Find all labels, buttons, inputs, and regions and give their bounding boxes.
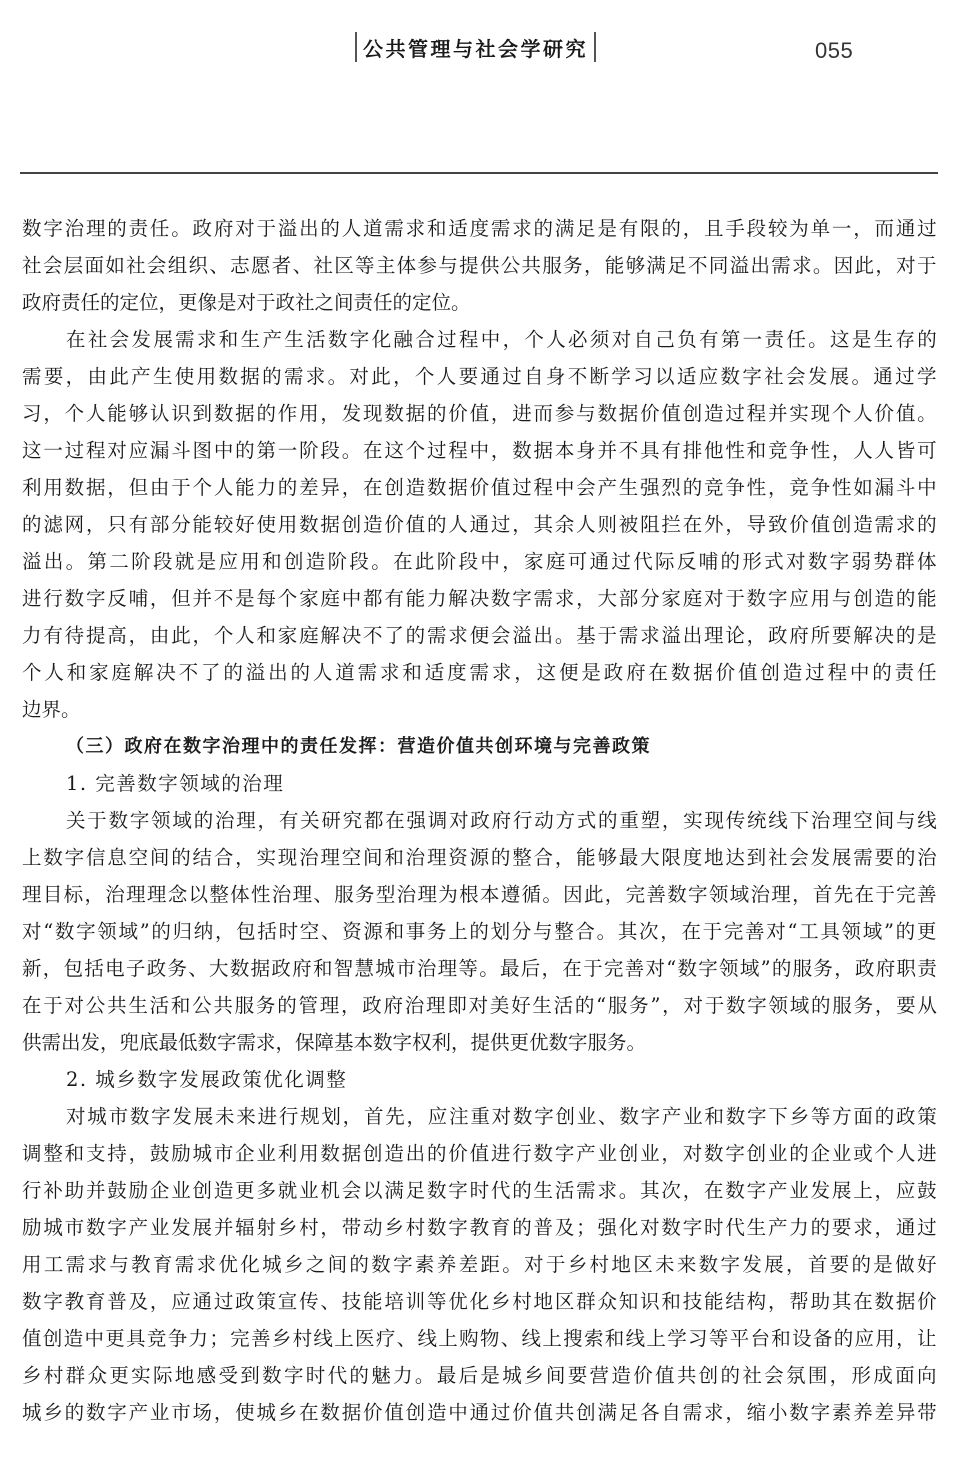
paragraph-3: 关于数字领域的治理，有关研究都在强调对政府行动方式的重塑，实现传统线下治理空间与… (22, 802, 937, 1061)
paragraph-1: 数字治理的责任。政府对于溢出的人道需求和适度需求的满足是有限的，且手段较为单一，… (22, 210, 937, 321)
running-head: 公共管理与社会学研究 (355, 30, 596, 64)
text-line: 对城市数字发展未来进行规划，首先，应注重对数字创业、数字产业和数字下乡等方面的政… (22, 1098, 937, 1135)
text-line: 乡村群众更实际地感受到数字时代的魅力。最后是城乡间要营造价值共创的社会氛围，形成… (22, 1357, 937, 1394)
text-line: 理目标，治理理念以整体性治理、服务型治理为根本遵循。因此，完善数字领域治理，首先… (22, 876, 937, 913)
text-line: 值创造中更具竞争力；完善乡村线上医疗、线上购物、线上搜索和线上学习等平台和设备的… (22, 1320, 937, 1357)
text-line: 城乡的数字产业市场，使城乡在数据价值创造中通过价值共创满足各自需求，缩小数字素养… (22, 1394, 937, 1431)
text-line: 社会层面如社会组织、志愿者、社区等主体参与提供公共服务，能够满足不同溢出需求。因… (22, 247, 937, 284)
text-line: 供需出发，兜底最低数字需求，保障基本数字权利，提供更优数字服务。 (22, 1024, 937, 1061)
header-divider-right (594, 32, 596, 62)
section-heading: （三）政府在数字治理中的责任发挥：营造价值共创环境与完善政策 (22, 728, 937, 765)
text-line: 在社会发展需求和生产生活数字化融合过程中，个人必须对自己负有第一责任。这是生存的 (22, 321, 937, 358)
text-line: 对“数字领域”的归纳，包括时空、资源和事务上的划分与整合。其次，在于完善对“工具… (22, 913, 937, 950)
text-line: 需要，由此产生使用数据的需求。对此，个人要通过自身不断学习以适应数字社会发展。通… (22, 358, 937, 395)
text-line: 力有待提高，由此，个人和家庭解决不了的需求便会溢出。基于需求溢出理论，政府所要解… (22, 617, 937, 654)
text-line: 进行数字反哺，但并不是每个家庭中都有能力解决数字需求，大部分家庭对于数字应用与创… (22, 580, 937, 617)
text-line: 的滤网，只有部分能较好使用数据创造价值的人通过，其余人则被阻拦在外，导致价值创造… (22, 506, 937, 543)
text-line: 数字治理的责任。政府对于溢出的人道需求和适度需求的满足是有限的，且手段较为单一，… (22, 210, 937, 247)
paragraph-2: 在社会发展需求和生产生活数字化融合过程中，个人必须对自己负有第一责任。这是生存的… (22, 321, 937, 728)
article-body: 数字治理的责任。政府对于溢出的人道需求和适度需求的满足是有限的，且手段较为单一，… (22, 210, 937, 1431)
text-line: 溢出。第二阶段就是应用和创造阶段。在此阶段中，家庭可通过代际反哺的形式对数字弱势… (22, 543, 937, 580)
header-rule (20, 172, 938, 174)
subheading-1: 1. 完善数字领域的治理 (22, 765, 937, 802)
subheading-2: 2. 城乡数字发展政策优化调整 (22, 1061, 937, 1098)
page-number: 055 (815, 38, 853, 64)
text-line: 数字教育普及，应通过政策宣传、技能培训等优化乡村地区群众知识和技能结构，帮助其在… (22, 1283, 937, 1320)
paragraph-4: 对城市数字发展未来进行规划，首先，应注重对数字创业、数字产业和数字下乡等方面的政… (22, 1098, 937, 1431)
text-line: 边界。 (22, 691, 937, 728)
text-line: 习，个人能够认识到数据的作用，发现数据的价值，进而参与数据价值创造过程并实现个人… (22, 395, 937, 432)
text-line: 这一过程对应漏斗图中的第一阶段。在这个过程中，数据本身并不具有排他性和竞争性，人… (22, 432, 937, 469)
journal-title: 公共管理与社会学研究 (357, 33, 594, 62)
text-line: 行补助并鼓励企业创造更多就业机会以满足数字时代的生活需求。其次，在数字产业发展上… (22, 1172, 937, 1209)
text-line: 政府责任的定位，更像是对于政社之间责任的定位。 (22, 284, 937, 321)
text-line: 励城市数字产业发展并辐射乡村，带动乡村数字教育的普及；强化对数字时代生产力的要求… (22, 1209, 937, 1246)
text-line: 关于数字领域的治理，有关研究都在强调对政府行动方式的重塑，实现传统线下治理空间与… (22, 802, 937, 839)
text-line: 个人和家庭解决不了的溢出的人道需求和适度需求，这便是政府在数据价值创造过程中的责… (22, 654, 937, 691)
text-line: 上数字信息空间的结合，实现治理空间和治理资源的整合，能够最大限度地达到社会发展需… (22, 839, 937, 876)
text-line: 用工需求与教育需求优化城乡之间的数字素养差距。对于乡村地区未来数字发展，首要的是… (22, 1246, 937, 1283)
text-line: 在于对公共生活和公共服务的管理，政府治理即对美好生活的“服务”，对于数字领域的服… (22, 987, 937, 1024)
text-line: 调整和支持，鼓励城市企业利用数据创造出的价值进行数字产业创业，对数字创业的企业或… (22, 1135, 937, 1172)
text-line: 新，包括电子政务、大数据政府和智慧城市治理等。最后，在于完善对“数字领域”的服务… (22, 950, 937, 987)
text-line: 利用数据，但由于个人能力的差异，在创造数据价值过程中会产生强烈的竞争性，竞争性如… (22, 469, 937, 506)
